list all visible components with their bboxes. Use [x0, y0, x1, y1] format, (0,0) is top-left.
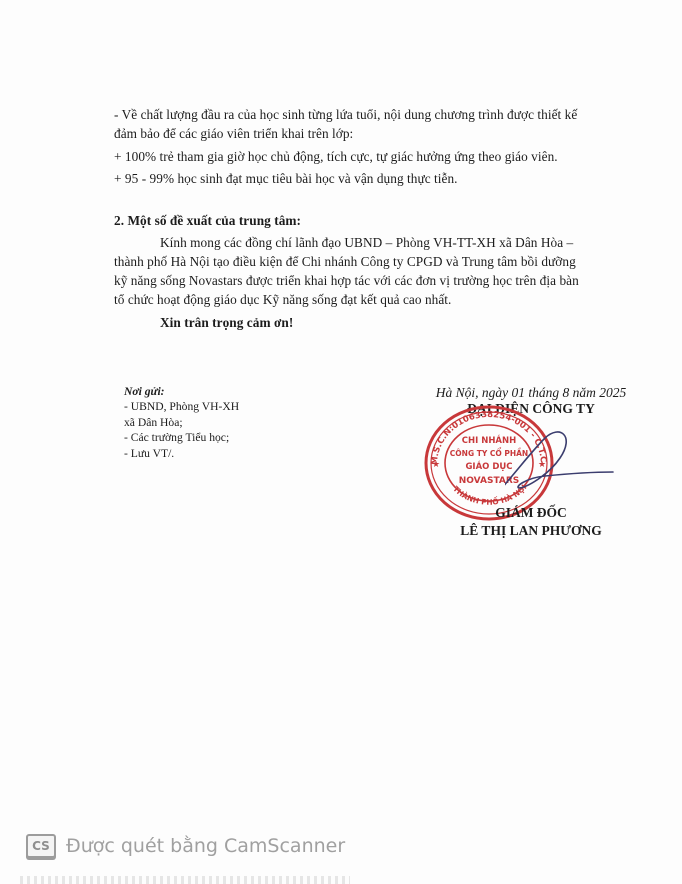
document-page: - Về chất lượng đầu ra của học sinh từng… — [0, 0, 682, 884]
stamp-star-icon: ★ — [432, 459, 440, 469]
recipient-item: - Lưu VT/. — [124, 446, 239, 461]
bullet-1: + 100% trẻ tham gia giờ học chủ động, tí… — [114, 148, 558, 165]
recipients-block: Nơi gửi: - UBND, Phòng VH-XH xã Dân Hòa;… — [124, 384, 239, 461]
recipient-item: - UBND, Phòng VH-XH — [124, 399, 239, 414]
recipients-title: Nơi gửi: — [124, 384, 239, 399]
director-position: GIÁM ĐỐC — [400, 505, 662, 521]
proposal-line-2: thành phố Hà Nội tạo điều kiện để Chi nh… — [114, 253, 576, 270]
quality-intro-line-2: đảm bảo để các giáo viên triển khai trên… — [114, 125, 353, 142]
director-name: LÊ THỊ LAN PHƯƠNG — [400, 523, 662, 539]
camscanner-watermark: CS Được quét bằng CamScanner — [26, 834, 345, 858]
camscanner-logo-icon: CS — [26, 834, 56, 858]
recipient-item: - Các trường Tiểu học; — [124, 430, 239, 445]
thanks-line: Xin trân trọng cảm ơn! — [160, 314, 293, 331]
proposal-line-3: kỹ năng sống Novastars được triển khai h… — [114, 272, 579, 289]
recipient-item: xã Dân Hòa; — [124, 415, 239, 430]
place-date: Hà Nội, ngày 01 tháng 8 năm 2025 — [400, 385, 662, 401]
section-2-heading: 2. Một số đề xuất của trung tâm: — [114, 212, 301, 229]
cropped-text-fragment — [20, 876, 350, 884]
proposal-line-4: tổ chức hoạt động giáo dục Kỹ năng sống … — [114, 291, 451, 308]
proposal-line-1: Kính mong các đồng chí lãnh đạo UBND – P… — [160, 234, 573, 251]
quality-intro-line-1: - Về chất lượng đầu ra của học sinh từng… — [114, 106, 577, 123]
bullet-2: + 95 - 99% học sinh đạt mục tiêu bài học… — [114, 170, 458, 187]
camscanner-text: Được quét bằng CamScanner — [66, 835, 345, 857]
